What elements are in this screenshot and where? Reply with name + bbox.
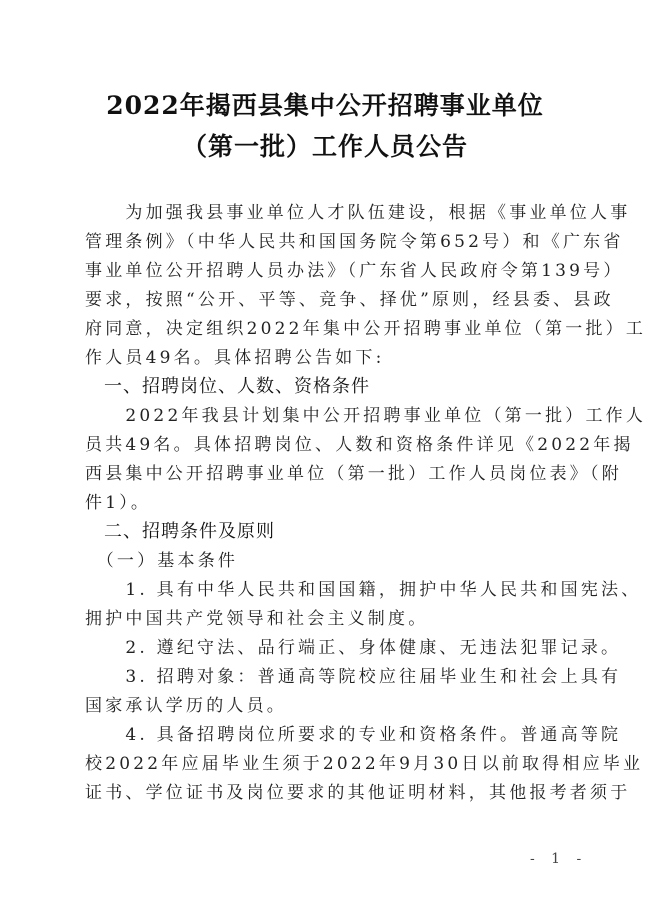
body-text-line: 为加强我县事业单位人才队伍建设，根据《事业单位人事 xyxy=(85,202,570,224)
body-text-line: 要求，按照“公开、平等、竞争、择优”原则，经县委、县政 xyxy=(85,289,570,311)
body-text-line: 4. 具备招聘岗位所要求的专业和资格条件。普通高等院 xyxy=(85,724,570,746)
body-text-line: （一）基本条件 xyxy=(85,550,570,572)
body-text-line: 2022年我县计划集中公开招聘事业单位（第一批）工作人 xyxy=(85,405,570,427)
document-title-line2: （第一批）工作人员公告 xyxy=(0,127,650,163)
body-text-line: 拥护中国共产党领导和社会主义制度。 xyxy=(85,608,570,630)
body-text-line: 西县集中公开招聘事业单位（第一批）工作人员岗位表》（附 xyxy=(85,463,570,485)
body-text-line: 件1）。 xyxy=(85,492,570,514)
body-text-line: 作人员49名。具体招聘公告如下: xyxy=(85,347,570,369)
body-text-line: 管理条例》（中华人民共和国国务院令第652号）和《广东省 xyxy=(85,231,570,253)
body-text-line: 事业单位公开招聘人员办法》（广东省人民政府令第139号） xyxy=(85,260,570,282)
body-text-line: 员共49名。具体招聘岗位、人数和资格条件详见《2022年揭 xyxy=(85,434,570,456)
body-text-line: 1. 具有中华人民共和国国籍，拥护中华人民共和国宪法、 xyxy=(85,579,570,601)
body-text-line: 证书、学位证书及岗位要求的其他证明材料，其他报考者须于 xyxy=(85,782,570,804)
section-heading: 二、招聘条件及原则 xyxy=(85,521,570,543)
body-text-line: 府同意，决定组织2022年集中公开招聘事业单位（第一批）工 xyxy=(85,318,570,340)
page-number: - 1 - xyxy=(530,851,587,867)
document-title-line1: 2022年揭西县集中公开招聘事业单位 xyxy=(0,86,650,122)
body-text-line: 校2022年应届毕业生须于2022年9月30日以前取得相应毕业 xyxy=(85,753,570,775)
body-text-line: 3. 招聘对象：普通高等院校应往届毕业生和社会上具有 xyxy=(85,666,570,688)
body-text-line: 2. 遵纪守法、品行端正、身体健康、无违法犯罪记录。 xyxy=(85,637,570,659)
section-heading: 一、招聘岗位、人数、资格条件 xyxy=(85,376,570,398)
body-text-line: 国家承认学历的人员。 xyxy=(85,695,570,717)
